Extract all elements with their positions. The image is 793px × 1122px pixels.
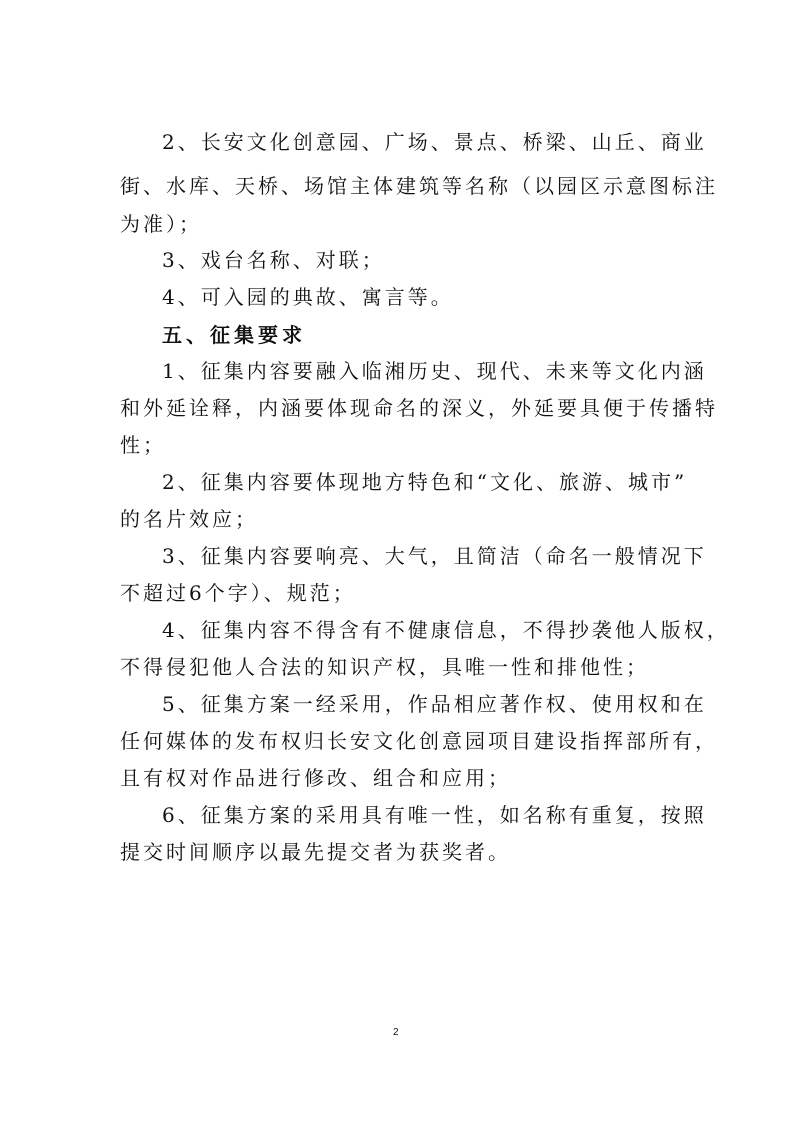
- paragraph-line: 3、征集内容要响亮、大气，且简洁（命名一般情况下: [162, 542, 707, 570]
- paragraph-line: 6、征集方案的采用具有唯一性，如名称有重复，按照: [162, 801, 707, 829]
- paragraph-line: 3、戏台名称、对联；: [162, 246, 385, 274]
- paragraph-line: 任何媒体的发布权归长安文化创意园项目建设指挥部所有，: [120, 727, 718, 755]
- paragraph-line: 性；: [120, 431, 166, 459]
- paragraph-line: 提交时间顺序以最先提交者为获奖者。: [120, 838, 511, 866]
- paragraph-line: 1、征集内容要融入临湘历史、现代、未来等文化内涵: [162, 357, 707, 385]
- paragraph-line: 不超过6个字）、规范；: [120, 579, 356, 607]
- paragraph-line: 不得侵犯他人合法的知识产权，具唯一性和排他性；: [120, 653, 649, 681]
- paragraph-line: 且有权对作品进行修改、组合和应用；: [120, 764, 511, 792]
- paragraph-line: 的名片效应；: [120, 505, 258, 533]
- paragraph-line: 4、可入园的典故、寓言等。: [162, 283, 454, 311]
- document-page: 2、长安文化创意园、广场、景点、桥梁、山丘、商业 街、水库、天桥、场馆主体建筑等…: [0, 0, 793, 1122]
- paragraph-line: 和外延诠释，内涵要体现命名的深义，外延要具便于传播特: [120, 394, 718, 422]
- paragraph-line: 2、征集内容要体现地方特色和“文化、旅游、城市”: [162, 468, 687, 496]
- paragraph-line: 2、长安文化创意园、广场、景点、桥梁、山丘、商业: [162, 128, 707, 156]
- paragraph-line: 为准）；: [120, 210, 202, 238]
- paragraph-line: 街、水库、天桥、场馆主体建筑等名称（以园区示意图标注: [120, 172, 718, 200]
- paragraph-line: 4、征集内容不得含有不健康信息，不得抄袭他人版权，: [162, 616, 730, 644]
- paragraph-line: 5、征集方案一经采用，作品相应著作权、使用权和在: [162, 690, 707, 718]
- section-heading-requirements: 五、征集要求: [162, 321, 306, 349]
- page-number: 2: [393, 1027, 399, 1038]
